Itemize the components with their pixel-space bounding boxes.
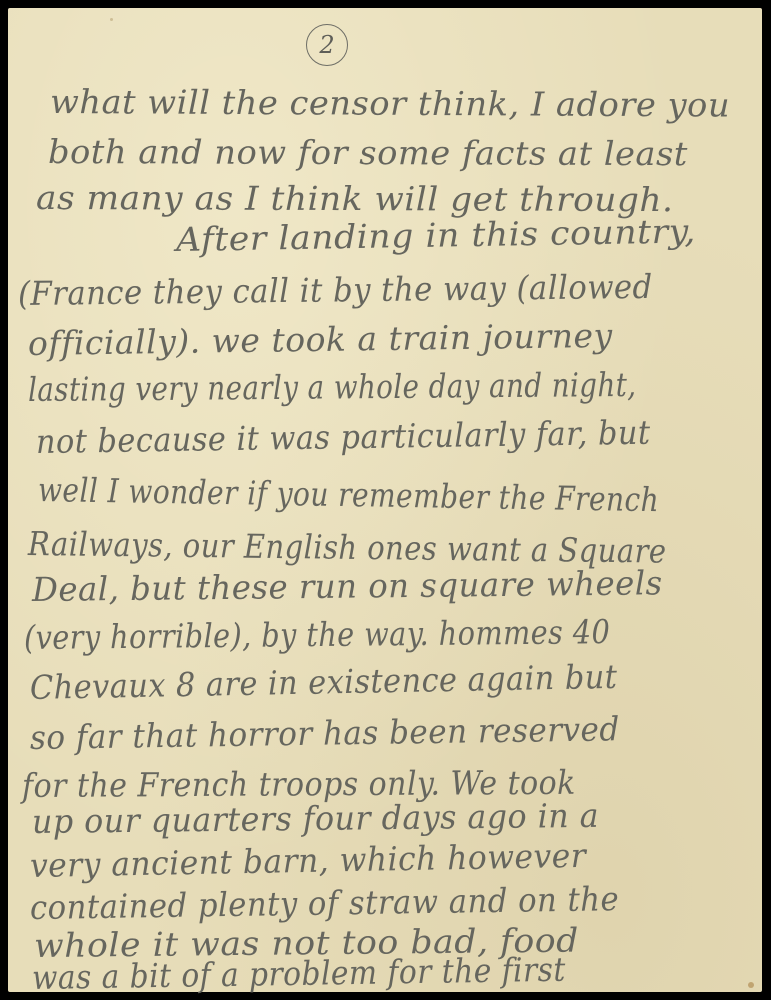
paper-spot [110, 18, 113, 21]
text-line: well I wonder if you remember the French [38, 470, 660, 519]
text-line: not because it was particularly far, but [36, 413, 651, 461]
text-line: After landing in this country, [176, 211, 696, 259]
letter-page: 2 what will the censor think, I adore yo… [8, 8, 762, 992]
text-line: Deal, but these run on square wheels [32, 563, 663, 609]
paper-spot [748, 982, 754, 988]
text-line: what will the censor think, I adore you [50, 82, 730, 124]
text-line: lasting very nearly a whole day and nigh… [28, 365, 637, 409]
text-line: (very horrible), by the way. hommes 40 [24, 612, 611, 657]
text-line: Chevaux 8 are in existence again but [30, 657, 618, 707]
text-line: was a bit of a problem for the first [32, 950, 566, 997]
page-number: 2 [306, 24, 348, 66]
text-line: very ancient barn, which however [30, 836, 587, 885]
text-line: (France they call it by the way (allowed [18, 267, 653, 313]
text-line: so far that horror has been reserved [30, 709, 620, 757]
text-line: officially). we took a train journey [28, 316, 613, 363]
text-line: up our quarters four days ago in a [32, 796, 599, 841]
text-line: both and now for some facts at least [48, 132, 688, 173]
text-line: contained plenty of straw and on the [30, 879, 620, 927]
